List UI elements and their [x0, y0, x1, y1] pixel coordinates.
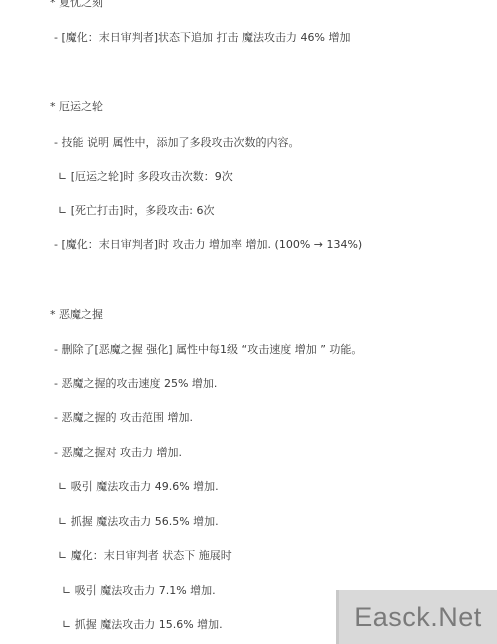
section-heading: * 厄运之轮 — [50, 100, 103, 114]
list-item: - 删除了[恶魔之握 强化] 属性中每1级 “攻击速度 增加 ” 功能。 — [54, 343, 362, 357]
list-subitem: ∟ [厄运之轮]时 多段攻击次数：9次 — [58, 170, 233, 184]
list-subsubitem: ∟ 抓握 魔法攻击力 15.6% 增加. — [62, 618, 223, 632]
list-item: - 恶魔之握对 攻击力 增加. — [54, 446, 182, 460]
list-subitem: ∟ 吸引 魔法攻击力 49.6% 增加. — [58, 480, 219, 494]
list-subitem: ∟ [死亡打击]时，多段攻击: 6次 — [58, 204, 215, 218]
list-subitem: ∟ 抓握 魔法攻击力 56.5% 增加. — [58, 515, 219, 529]
list-item: - [魔化：末日审判者]状态下追加 打击 魔法攻击力 46% 增加 — [54, 31, 350, 45]
list-item: - 技能 说明 属性中，添加了多段攻击次数的内容。 — [54, 136, 299, 150]
watermark: Easck.Net — [336, 590, 497, 644]
list-subitem: ∟ 魔化：末日审判者 状态下 施展时 — [58, 549, 232, 563]
section-heading: * 夏忧之刻 — [50, 0, 103, 10]
section-heading: * 恶魔之握 — [50, 308, 103, 322]
list-item: - [魔化：末日审判者]时 攻击力 增加率 增加. (100% → 134%) — [54, 238, 362, 252]
list-item: - 恶魔之握的 攻击范围 增加. — [54, 411, 193, 425]
watermark-text: Easck.Net — [354, 602, 482, 633]
list-item: - 恶魔之握的攻击速度 25% 增加. — [54, 377, 217, 391]
list-subsubitem: ∟ 吸引 魔法攻击力 7.1% 增加. — [62, 584, 216, 598]
